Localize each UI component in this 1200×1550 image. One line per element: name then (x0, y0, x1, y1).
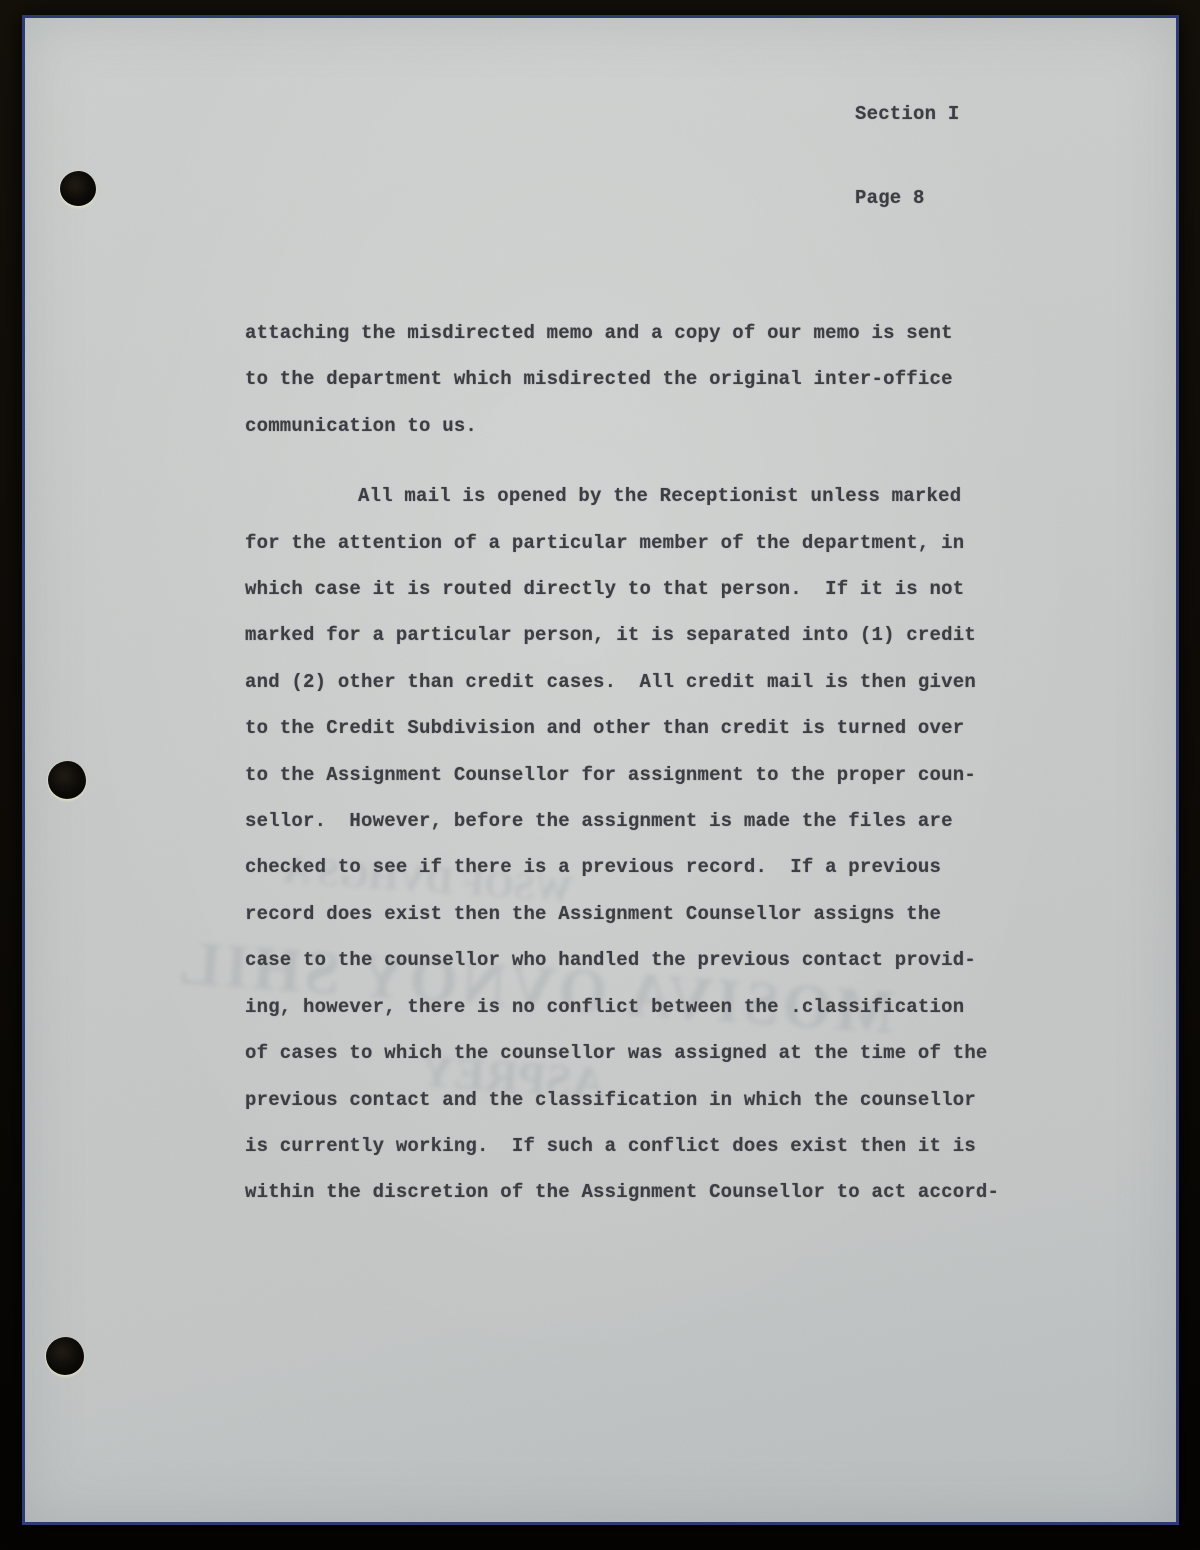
section-label: Section I (855, 100, 959, 128)
text-line: communication to us. (245, 403, 1025, 449)
hole-punch (46, 1337, 84, 1375)
text-line: is currently working. If such a conflict… (245, 1123, 1025, 1169)
text-line: for the attention of a particular member… (245, 520, 1025, 566)
page-header: Section I Page 8 (855, 44, 959, 268)
text-line: record does exist then the Assignment Co… (245, 891, 1025, 937)
page-number-label: Page 8 (855, 184, 959, 212)
text-line: attaching the misdirected memo and a cop… (245, 310, 1025, 356)
document-body: attaching the misdirected memo and a cop… (245, 310, 1025, 1216)
text-line: previous contact and the classification … (245, 1077, 1025, 1123)
text-line: to the Credit Subdivision and other than… (245, 705, 1025, 751)
document-page: WSOF DVHGS A MOSIVA OVNOY SHIL ASPREY Se… (22, 15, 1179, 1525)
hole-punch (48, 761, 86, 799)
text-line: within the discretion of the Assignment … (245, 1169, 1025, 1215)
text-line: sellor. However, before the assignment i… (245, 798, 1025, 844)
text-line: to the Assignment Counsellor for assignm… (245, 752, 1025, 798)
text-line: of cases to which the counsellor was ass… (245, 1030, 1025, 1076)
paragraph: All mail is opened by the Receptionist u… (245, 473, 1025, 1216)
scanner-background: WSOF DVHGS A MOSIVA OVNOY SHIL ASPREY Se… (0, 0, 1200, 1550)
text-line: and (2) other than credit cases. All cre… (245, 659, 1025, 705)
text-line: to the department which misdirected the … (245, 356, 1025, 402)
text-line: checked to see if there is a previous re… (245, 844, 1025, 890)
text-line: which case it is routed directly to that… (245, 566, 1025, 612)
paragraph: attaching the misdirected memo and a cop… (245, 310, 1025, 449)
text-line: ing, however, there is no conflict betwe… (245, 984, 1025, 1030)
text-line: case to the counsellor who handled the p… (245, 937, 1025, 983)
hole-punch (60, 171, 96, 206)
text-line: All mail is opened by the Receptionist u… (245, 473, 1025, 519)
text-line: marked for a particular person, it is se… (245, 612, 1025, 658)
